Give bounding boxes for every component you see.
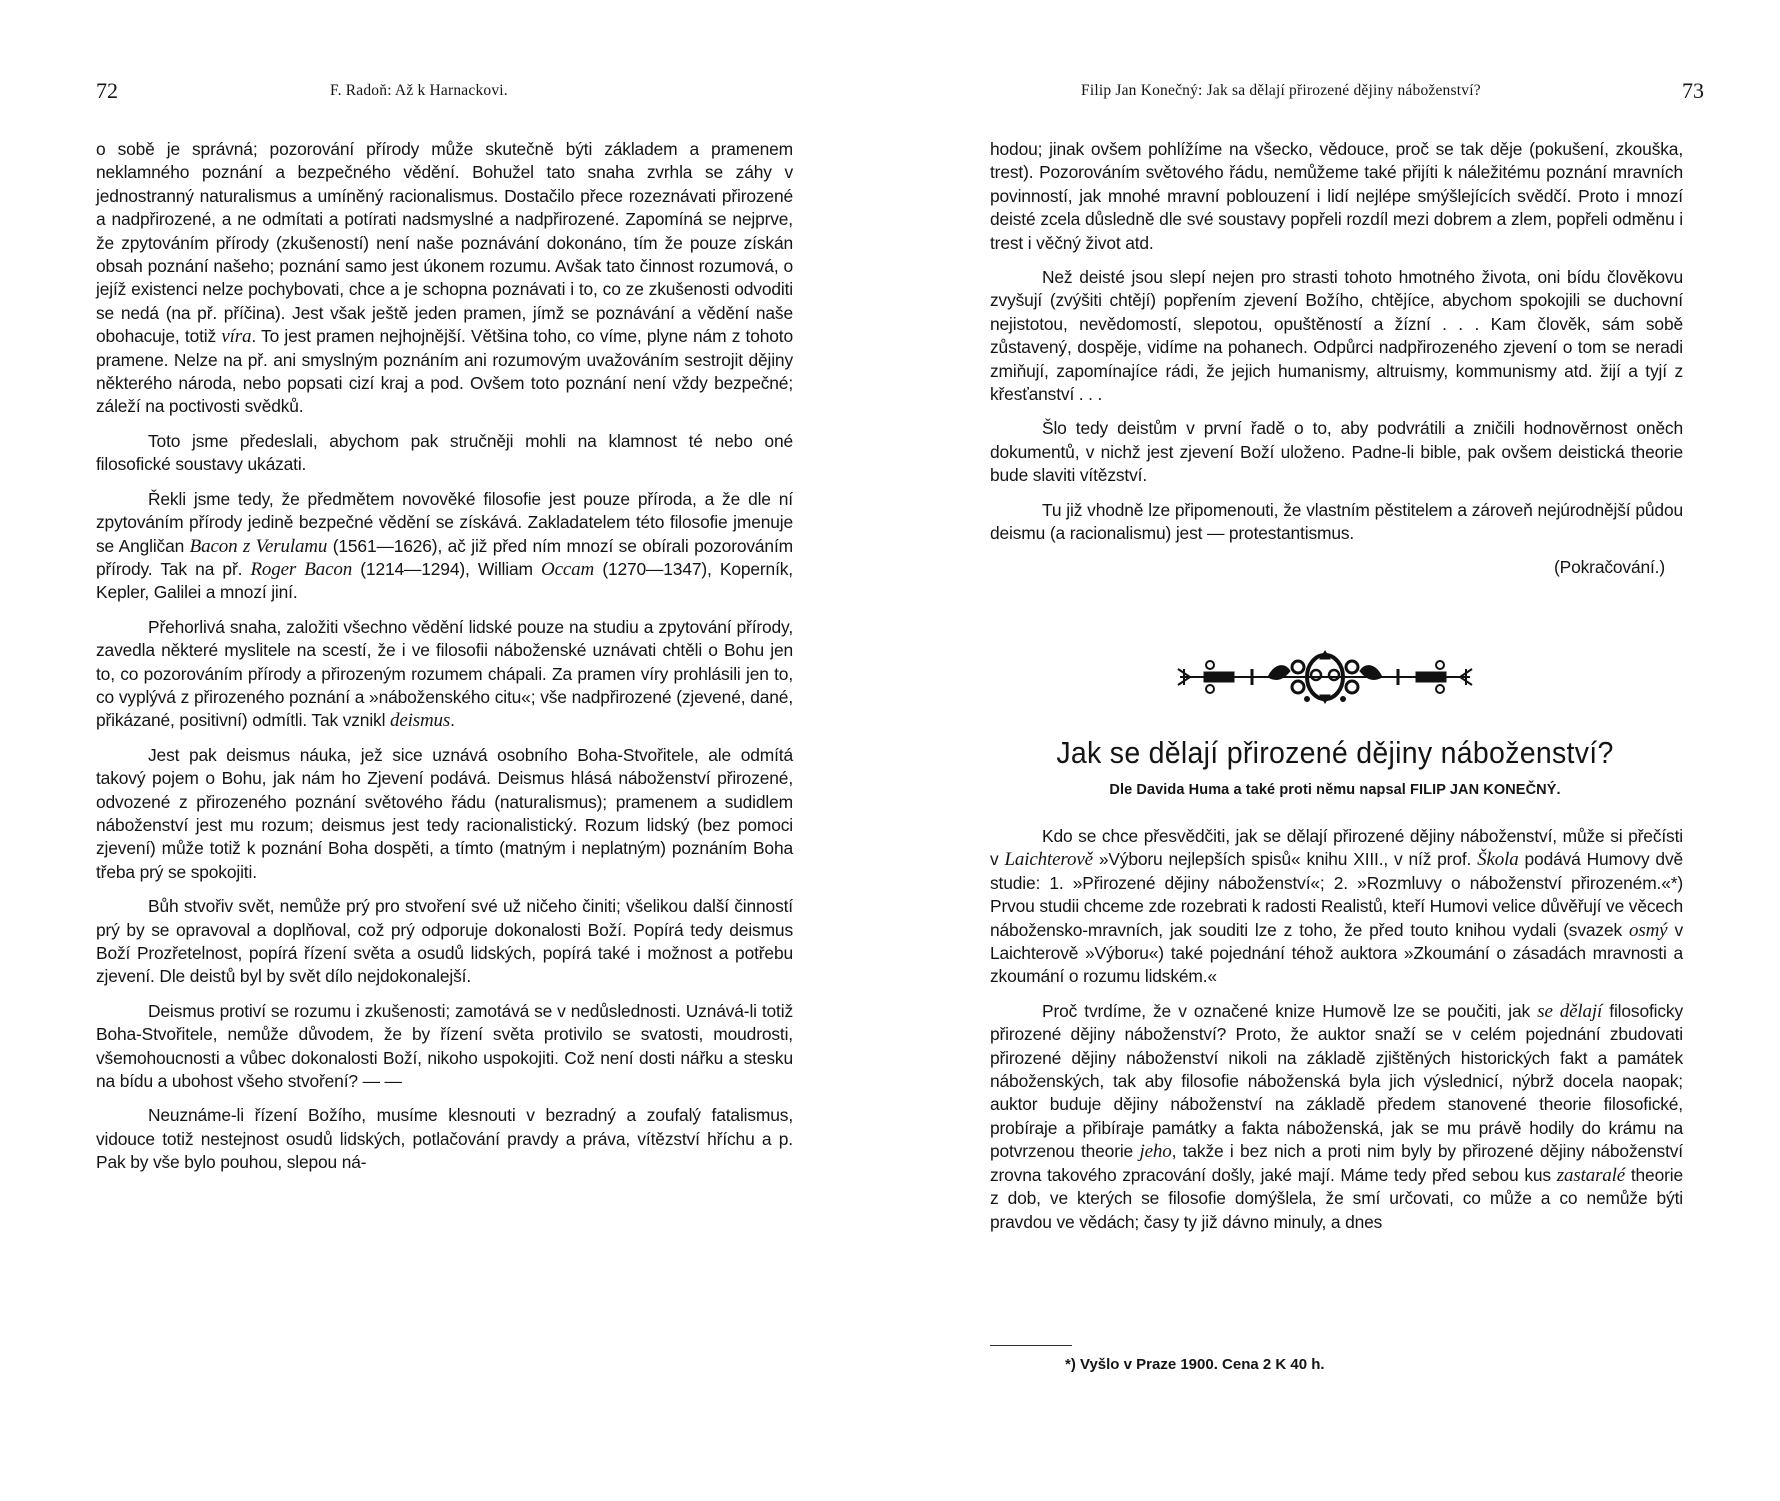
emphasis-text: Škola	[1477, 849, 1518, 870]
article-title: Jak se dělají přirozené dějiny náboženst…	[926, 735, 1745, 771]
body-text: Deismus protiví se rozumu i zkušenosti; …	[96, 1001, 793, 1091]
page-number-right: 73	[1682, 78, 1704, 104]
body-text: Bůh stvořiv svět, nemůže prý pro stvořen…	[96, 896, 793, 986]
body-text: (1214—1294), William	[352, 559, 541, 579]
emphasis-text: zastaralé	[1557, 1165, 1625, 1186]
footnote: *) Vyšlo v Praze 1900. Cena 2 K 40 h.	[1065, 1356, 1325, 1373]
running-head-right: Filip Jan Konečný: Jak sa dělají přiroze…	[1081, 82, 1481, 100]
emphasis-text: Laichterově	[1004, 849, 1092, 870]
body-text: Šlo tedy deistům v první řadě o to, aby …	[990, 418, 1683, 485]
body-text: Jest pak deismus náuka, jež sice uznává …	[96, 745, 793, 882]
ornament-divider-icon	[1170, 645, 1480, 705]
paragraph: Toto jsme předeslali, abychom pak stručn…	[96, 430, 793, 477]
left-body-text: o sobě je správná; pozorování přírody mů…	[96, 138, 793, 1175]
paragraph: Než deisté jsou slepí nejen pro strasti …	[990, 266, 1683, 406]
body-text: Toto jsme předeslali, abychom pak stručn…	[96, 431, 793, 474]
running-head-left: F. Radoň: Až k Harnackovi.	[330, 82, 508, 100]
emphasis-text: Bacon z Verulamu	[190, 536, 328, 557]
paragraph: Přehorlivá snaha, založiti všechno věděn…	[96, 616, 793, 733]
paragraph: Kdo se chce přesvědčiti, jak se dělají p…	[990, 825, 1683, 989]
body-text: »Výboru nejlepších spisů« knihu XIII., v…	[1093, 849, 1477, 869]
paragraph: Tu již vhodně lze připomenouti, že vlast…	[990, 499, 1683, 546]
body-text: filosoficky přirozené dějiny náboženství…	[990, 1001, 1683, 1161]
continuation-note: (Pokračování.)	[990, 556, 1683, 579]
right-page: Filip Jan Konečný: Jak sa dělají přiroze…	[890, 0, 1780, 1501]
paragraph: Bůh stvořiv svět, nemůže prý pro stvořen…	[96, 895, 793, 989]
paragraph: Jest pak deismus náuka, jež sice uznává …	[96, 744, 793, 884]
article-body-text: Kdo se chce přesvědčiti, jak se dělají p…	[990, 825, 1683, 1234]
emphasis-text: osmý	[1629, 920, 1667, 941]
right-continuation-text: hodou; jinak ovšem pohlížíme na všecko, …	[990, 138, 1683, 579]
article-byline: Dle Davida Huma a také proti němu napsal…	[890, 782, 1780, 798]
emphasis-text: Roger Bacon	[250, 559, 352, 580]
paragraph: hodou; jinak ovšem pohlížíme na všecko, …	[990, 138, 1683, 255]
left-page: 72 F. Radoň: Až k Harnackovi. o sobě je …	[0, 0, 890, 1501]
paragraph: Proč tvrdíme, že v označené knize Humově…	[990, 1000, 1683, 1234]
body-text: o sobě je správná; pozorování přírody mů…	[96, 139, 793, 346]
emphasis-text: se dělají	[1537, 1001, 1602, 1022]
emphasis-text: víra	[221, 326, 251, 347]
emphasis-text: Occam	[541, 559, 594, 580]
paragraph: Řekli jsme tedy, že předmětem novověké f…	[96, 488, 793, 605]
body-text: Tu již vhodně lze připomenouti, že vlast…	[990, 500, 1683, 543]
paragraph: o sobě je správná; pozorování přírody mů…	[96, 138, 793, 419]
body-text: Neuznáme-li řízení Božího, musíme klesno…	[96, 1105, 793, 1172]
emphasis-text: jeho	[1139, 1141, 1171, 1162]
body-text: Proč tvrdíme, že v označené knize Humově…	[1042, 1001, 1537, 1021]
emphasis-text: deismus	[390, 710, 450, 731]
paragraph: Neuznáme-li řízení Božího, musíme klesno…	[96, 1104, 793, 1174]
body-text: Než deisté jsou slepí nejen pro strasti …	[990, 267, 1683, 404]
paragraph: Deismus protiví se rozumu i zkušenosti; …	[96, 1000, 793, 1094]
body-text: .	[450, 710, 455, 730]
paragraph: Šlo tedy deistům v první řadě o to, aby …	[990, 417, 1683, 487]
footnote-rule	[990, 1345, 1072, 1346]
body-text: hodou; jinak ovšem pohlížíme na všecko, …	[990, 139, 1683, 253]
continuation-paragraphs: hodou; jinak ovšem pohlížíme na všecko, …	[990, 138, 1683, 546]
page-number-left: 72	[96, 78, 118, 104]
